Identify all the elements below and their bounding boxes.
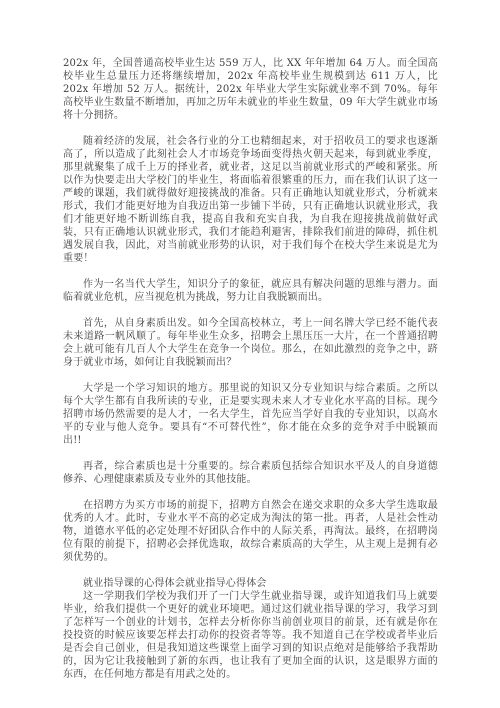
- paragraph-course-experience: 这一学期我们学校为我们开了一门大学生就业指导课，或许知道我们马上就要毕业，给我们…: [63, 590, 438, 681]
- paragraph-university-knowledge: 大学是一个学习知识的地方。那里说的知识又分专业知识与综合素质。之所以每个大学生都…: [63, 382, 438, 447]
- paragraph-comprehensive-quality: 再者，综合素质也是十分重要的。综合素质包括综合知识水平及人的自身道德修养、心理健…: [63, 460, 438, 486]
- document-page: 202x 年，全国普通高校毕业生达 559 万人，比 XX 年年增加 64 万人…: [0, 0, 500, 708]
- paragraph-recruiter-selection: 在招聘方为买方市场的前提下，招聘方自然会在递交求职的众多大学生选取最优秀的人才。…: [63, 499, 438, 564]
- paragraph-college-student-role: 作为一名当代大学生，知识分子的象征，就应具有解决问题的思维与潜力。面临着就业危机…: [63, 278, 438, 304]
- paragraph-graduate-statistics: 202x 年，全国普通高校毕业生达 559 万人，比 XX 年年增加 64 万人…: [63, 57, 438, 122]
- paragraph-self-quality: 首先，从自身素质出发。如今全国高校林立，考上一间名牌大学已经不能代表未来道路一帆…: [63, 317, 438, 369]
- paragraph-economy-competition: 随着经济的发展，社会各行业的分工也精细起来，对于招收员工的要求也逐渐高了，所以造…: [63, 135, 438, 265]
- section-heading-course-reflection: 就业指导课的心得体会就业指导心得体会: [63, 577, 438, 590]
- document-text-block: 202x 年，全国普通高校毕业生达 559 万人，比 XX 年年增加 64 万人…: [63, 57, 438, 694]
